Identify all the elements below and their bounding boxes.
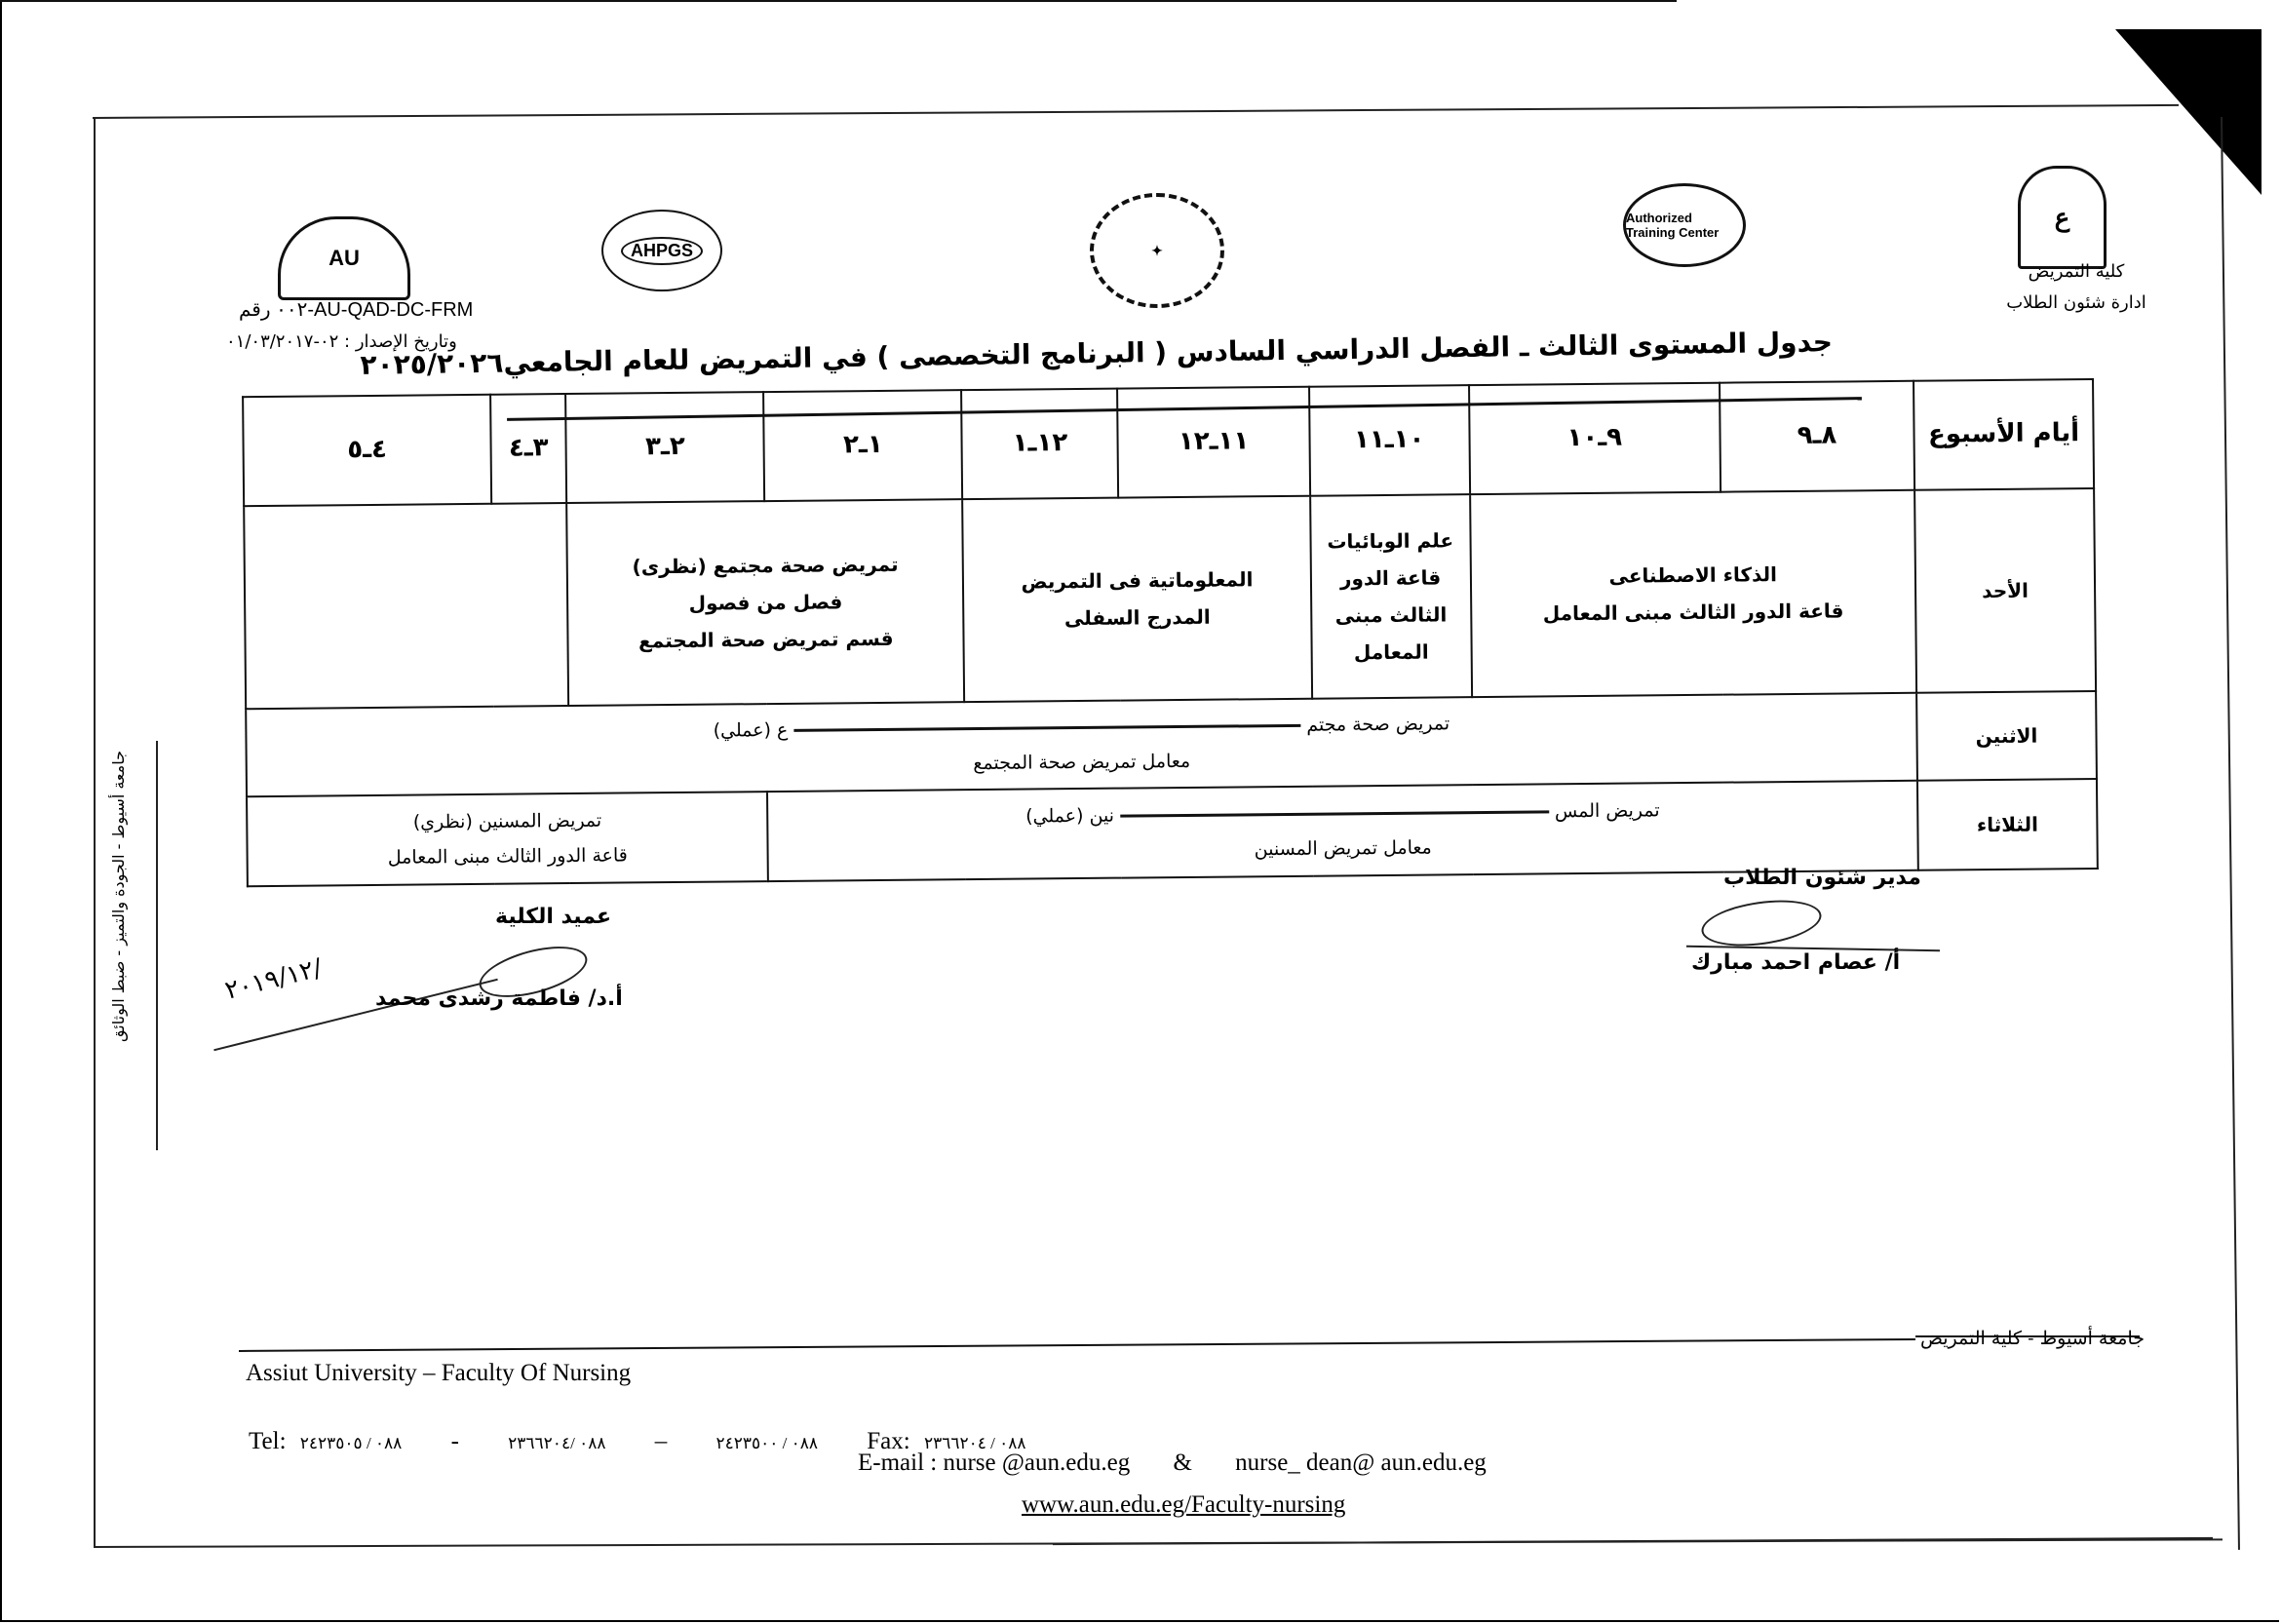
footer-emails: E-mail : nurse @aun.edu.eg & nurse_ dean… xyxy=(858,1450,1487,1477)
email-label: E-mail : xyxy=(858,1450,937,1476)
website-link[interactable]: www.aun.edu.eg/Faculty-nursing xyxy=(1022,1491,1345,1519)
faculty-logo-icon: ﻉ xyxy=(2018,166,2107,269)
tel-label: Tel: xyxy=(249,1428,287,1454)
time-slot: ١٢ـ١ xyxy=(961,389,1118,500)
day-label: الثلاثاء xyxy=(1917,779,2098,870)
course-department: قسم تمريض صحة المجتمع xyxy=(575,619,957,660)
class-cell: علم الوبائيات قاعة الدور الثالث مبنى الم… xyxy=(1310,494,1472,699)
tel-number: ٠٨٨ / ٢٤٢٣٥٠٥ xyxy=(300,1434,403,1452)
course-location: فصل من فصول xyxy=(574,582,956,623)
time-slot: ٩ـ١٠ xyxy=(1469,383,1720,494)
course-location: قاعة الدور الثالث مبنى المعامل xyxy=(253,836,761,876)
authorized-training-logo-icon: Authorized Training Center xyxy=(1623,183,1746,267)
tel-number: ٠٨٨ /٢٣٦٦٢٠٤ xyxy=(508,1434,605,1452)
time-slot: ١٠ـ١١ xyxy=(1309,385,1470,496)
side-rule xyxy=(156,741,158,1150)
student-affairs-label: ادارة شئون الطلاب xyxy=(1998,292,2154,313)
frame-left xyxy=(94,119,96,1547)
folded-corner xyxy=(2115,29,2262,195)
course-location: قاعة الدور الثالث مبنى المعامل xyxy=(1317,559,1464,671)
schedule-table: أيام الأسبوع ٨ـ٩ ٩ـ١٠ ١٠ـ١١ ١١ـ١٢ ١٢ـ١ ١… xyxy=(242,378,2099,887)
class-cell: تمريض صحة مجتمع (عملي) معامل تمريض صحة ا… xyxy=(246,693,1917,796)
course-name: المعلوماتية فى التمريض xyxy=(970,561,1304,600)
course-name: تمريض صحة مجتمع (نظرى) xyxy=(574,545,956,586)
faculty-name: كلية التمريض xyxy=(2008,261,2145,282)
empty-cell xyxy=(244,503,568,709)
email-link[interactable]: nurse @aun.edu.eg xyxy=(943,1450,1130,1476)
seal-logo-icon: ✦ xyxy=(1090,193,1224,308)
class-cell: المعلوماتية فى التمريض المدرج السفلى xyxy=(962,496,1311,702)
class-cell: تمريض المسنين (نظري) قاعة الدور الثالث م… xyxy=(247,792,768,886)
course-location: المدرج السفلى xyxy=(970,598,1304,638)
time-slot: ٣ـ٤ xyxy=(490,394,566,504)
course-name: علم الوبائيات xyxy=(1317,522,1463,560)
class-cell: تمريض صحة مجتمع (نظرى) فصل من فصول قسم ت… xyxy=(566,499,964,706)
course-name: تمريض المسنين (نظري) xyxy=(253,801,761,841)
table-row-sunday: الأحد الذكاء الاصطناعى قاعة الدور الثالث… xyxy=(244,488,2096,709)
ahpgs-logo-icon: AHPGS xyxy=(601,210,722,291)
footer-university: Assiut University – Faculty Of Nursing xyxy=(246,1360,631,1387)
day-label: الاثنين xyxy=(1916,691,2097,781)
time-slot: ٨ـ٩ xyxy=(1720,381,1914,492)
day-label: الأحد xyxy=(1914,488,2096,693)
top-rule xyxy=(0,0,1677,2)
header-row: أيام الأسبوع ٨ـ٩ ٩ـ١٠ ١٠ـ١١ ١١ـ١٢ ١٢ـ١ ١… xyxy=(243,379,2094,506)
footer-arabic-label: جامعة أسيوط - كلية التمريض xyxy=(1911,1328,2145,1349)
dean-name: أ.د/ فاطمة رشدى محمد xyxy=(375,986,623,1011)
affairs-director-name: أ/ عصام احمد مبارك xyxy=(1691,950,1900,975)
time-slot: ١ـ٢ xyxy=(763,390,962,501)
class-cell: الذكاء الاصطناعى قاعة الدور الثالث مبنى … xyxy=(1470,490,1916,697)
time-slot: ٤ـ٥ xyxy=(243,395,491,506)
side-note: جامعة أسيوط - الجودة والتميز - ضبط الوثا… xyxy=(109,751,128,1042)
dean-title: عميد الكلية xyxy=(495,905,611,929)
days-column-header: أيام الأسبوع xyxy=(1914,379,2094,490)
form-code: AU-QAD-DC-FRM-٠٠٢ رقم xyxy=(239,297,473,322)
time-slot: ١١ـ١٢ xyxy=(1118,387,1310,498)
stretched-dash xyxy=(793,724,1300,732)
time-slot: ٢ـ٣ xyxy=(565,392,764,503)
stretched-dash xyxy=(1120,810,1549,817)
tel-number: ٠٨٨ / ٢٤٢٣٥٠٠ xyxy=(715,1434,818,1452)
affairs-director-title: مدير شئون الطلاب xyxy=(1723,866,1921,890)
course-name: الذكاء الاصطناعى xyxy=(1477,555,1909,596)
course-location: قاعة الدور الثالث مبنى المعامل xyxy=(1478,592,1910,633)
email-link[interactable]: nurse_ dean@ aun.edu.eg xyxy=(1235,1450,1487,1476)
